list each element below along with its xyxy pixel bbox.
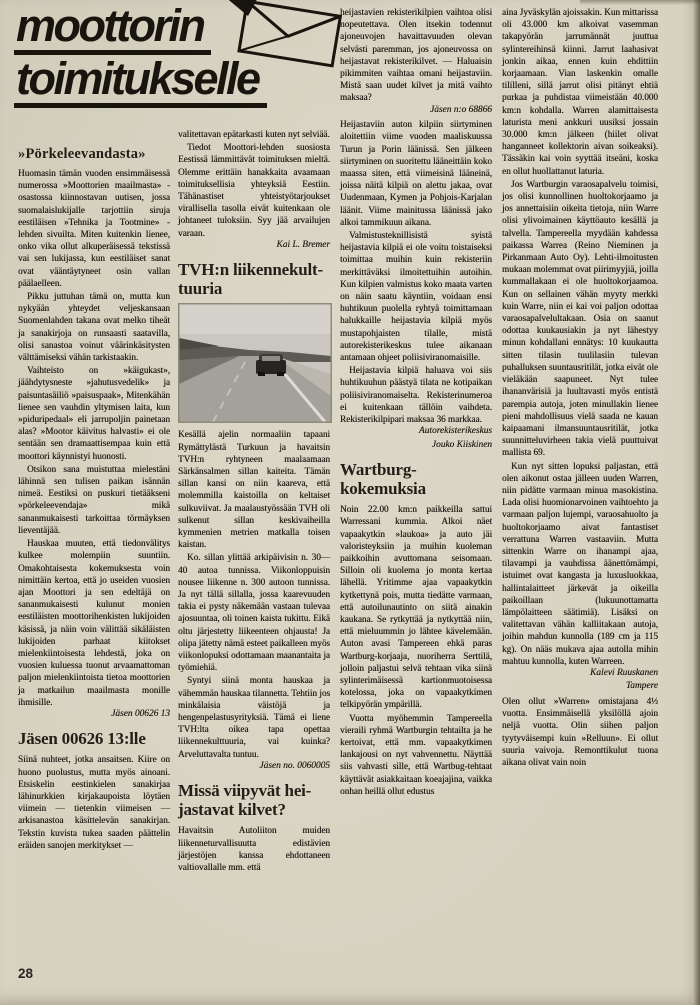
masthead-line2: toimitukselle (14, 55, 267, 108)
paragraph: Otsikon sana muistuttaa mielestäni lähin… (18, 463, 170, 536)
letter-signature: Jäsen no. 0060005 (178, 761, 330, 773)
paragraph: Heijastavia kilpiä haluava voi siis huht… (340, 364, 492, 425)
paragraph: Olen ollut »Warren» omistajana 4½ vuotta… (502, 695, 658, 768)
magazine-page: moottorin toimitukselle »Pörkeleevandast… (0, 0, 700, 1005)
paragraph: Kun nyt sitten lopuksi paljastan, että o… (502, 460, 658, 667)
scan-edge-shadow-top (580, 0, 700, 5)
scan-edge-shadow (693, 0, 700, 1005)
column-4: aina Jyväskylän ajoissakin. Kun mittaris… (502, 6, 658, 769)
reply-heading-jasen-00626: Jäsen 00626 13:lle (18, 729, 170, 748)
column-3: heijastavien rekisterikilpien vaihtoa ol… (340, 6, 492, 798)
letter-signature: Kalevi Ruuskanen (502, 668, 658, 680)
page-number: 28 (18, 966, 33, 981)
masthead-line1: moottorin (14, 2, 211, 55)
paragraph: Huomasin tämän vuoden ensimmäisessä nume… (18, 167, 170, 289)
paragraph: valitettavan epätarkasti kuten nyt selvi… (178, 128, 330, 140)
reply-signature: Kai L. Bremer (178, 240, 330, 252)
paragraph: Tiedot Moottori-lehden suosiosta Eestiss… (178, 141, 330, 239)
column-2: valitettavan epätarkasti kuten nyt selvi… (178, 128, 330, 874)
paragraph: Noin 22.00 km:n paikkeilla sattui Warres… (340, 503, 492, 710)
car-silhouette (256, 354, 286, 376)
reply-signature: Jouko Kiiskinen (340, 440, 492, 452)
paragraph: Hauskaa muuten, että tiedonvälitys kulke… (18, 537, 170, 708)
column-1: »Pörkeleevandasta» Huomasin tämän vuoden… (18, 140, 170, 852)
letter-signature: Jäsen 00626 13 (18, 709, 170, 721)
masthead: moottorin toimitukselle (14, 2, 344, 108)
letter-heading-tvh: TVH:n liikennekult- tuuria (178, 260, 330, 298)
paragraph: Vuotta myöhemmin Tampereella vieraili ry… (340, 712, 492, 797)
letter-heading-wartburg: Wartburg- kokemuksia (340, 460, 492, 498)
paragraph: Ko. sillan ylittää arkipäivisin n. 30—40… (178, 551, 330, 673)
paragraph: Valmistusteknillisistä syistä heijastavi… (340, 229, 492, 363)
road-photo (178, 303, 332, 423)
paragraph: aina Jyväskylän ajoissakin. Kun mittaris… (502, 6, 658, 177)
reply-signature: Autorekisterikeskus (340, 426, 492, 438)
paragraph: heijastavien rekisterikilpien vaihtoa ol… (340, 6, 492, 104)
paragraph: Kesällä ajelin normaaliin tapaani Rymätt… (178, 428, 330, 550)
letter-heading-porkeleevandasta: »Pörkeleevandasta» (18, 146, 170, 162)
paragraph: Havaitsin Autoliiton muiden liikenneturv… (178, 824, 330, 873)
letter-signature: Jäsen n:o 68866 (340, 105, 492, 117)
paragraph: Heijastaviin auton kilpiin siirtyminen a… (340, 118, 492, 228)
paragraph: Pikku juttuhan tämä on, mutta kun nykyää… (18, 290, 170, 363)
paragraph: Siinä nuhteet, jotka ansaitsen. Kiire on… (18, 753, 170, 851)
paragraph: Jos Wartburgin varaosapalvelu toimisi, j… (502, 178, 658, 459)
letter-signature-location: Tampere (502, 681, 658, 693)
paragraph: Vaihteisto on »käigukast», jäähdytysnest… (18, 364, 170, 462)
letter-heading-kilvet: Missä viipyvät hei- jastavat kilvet? (178, 781, 330, 819)
paragraph: Syntyi siinä monta hauskaa ja vähemmän h… (178, 674, 330, 759)
